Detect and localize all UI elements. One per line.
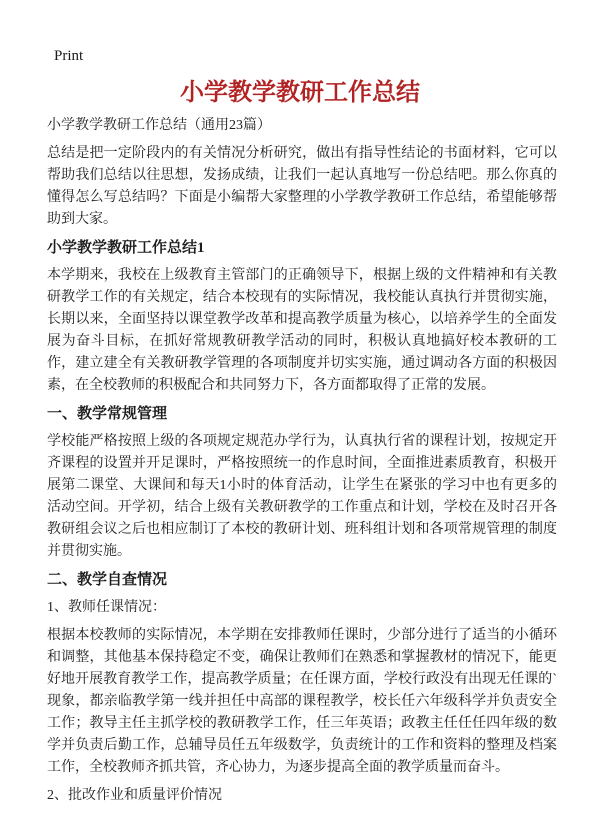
article-content: 小学教学教研工作总结（通用23篇） 总结是把一定阶段内的有关情况分析研究，做出有… <box>0 115 600 807</box>
section-heading: 小学教学教研工作总结1 <box>47 237 557 259</box>
paragraph: 根据本校教师的实际情况，本学期在安排教师任课时，少部分进行了适当的小循环和调整，… <box>47 625 557 779</box>
print-button[interactable]: Print <box>54 45 83 67</box>
article-subtitle: 小学教学教研工作总结（通用23篇） <box>47 115 557 137</box>
section-heading: 一、教学常规管理 <box>47 403 557 425</box>
paragraph: 学校能严格按照上级的各项规定规范办学行为，认真执行省的课程计划，按规定开齐课程的… <box>47 431 557 563</box>
paragraph: 总结是把一定阶段内的有关情况分析研究，做出有指导性结论的书面材料，它可以帮助我们… <box>47 143 557 231</box>
section-heading: 二、教学自查情况 <box>47 569 557 591</box>
article-title: 小学教学教研工作总结 <box>30 77 570 109</box>
paragraph: 1、教师任课情况： <box>47 597 557 619</box>
paragraph: 2、批改作业和质量评价情况 <box>47 785 557 807</box>
article-body: 总结是把一定阶段内的有关情况分析研究，做出有指导性结论的书面材料，它可以帮助我们… <box>47 143 557 807</box>
paragraph: 本学期来，我校在上级教育主管部门的正确领导下，根据上级的文件精神和有关教研教学工… <box>47 265 557 397</box>
document-page: Print 小学教学教研工作总结 小学教学教研工作总结（通用23篇） 总结是把一… <box>0 0 600 828</box>
